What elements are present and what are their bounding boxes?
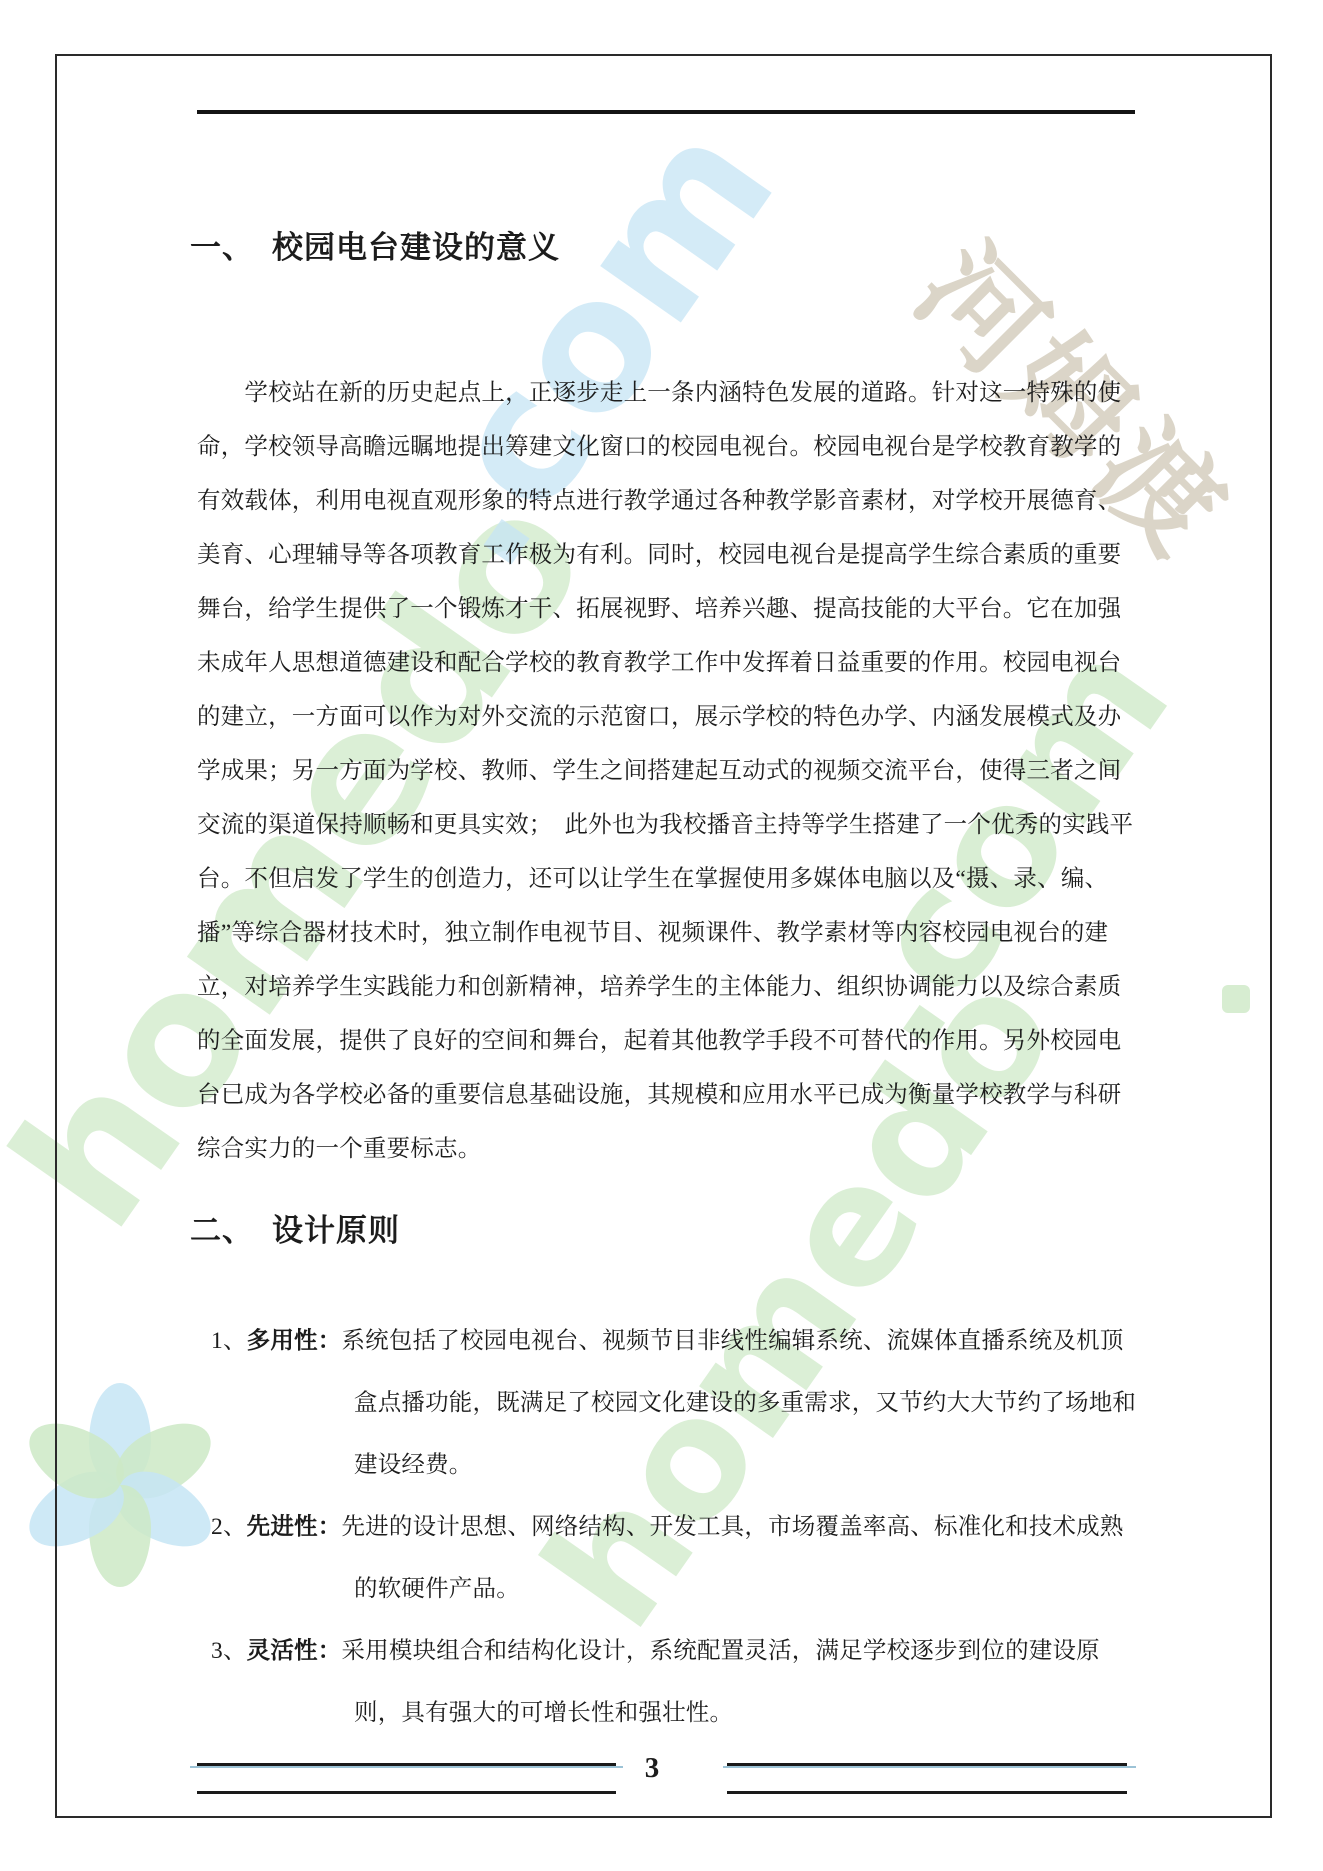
footer-line-right-accent — [723, 1766, 1136, 1768]
paragraph-line: 综合实力的一个重要标志。 — [197, 1122, 1133, 1176]
design-principles-list: 1、多用性：系统包括了校园电视台、视频节目非线性编辑系统、流媒体直播系统及机顶 … — [197, 1310, 1133, 1744]
paragraph-line: 有效载体，利用电视直观形象的特点进行教学通过各种教学影音素材，对学校开展德育、 — [197, 474, 1133, 528]
section2-number: 二、 — [190, 1213, 254, 1248]
list-item-2-text: 先进的设计思想、网络结构、开发工具，市场覆盖率高、标准化和技术成熟 — [341, 1514, 1123, 1540]
list-item-3-line-1: 3、灵活性：采用模块组合和结构化设计，系统配置灵活，满足学校逐步到位的建设原 — [197, 1620, 1133, 1682]
paragraph-line: 的建立，一方面可以作为对外交流的示范窗口，展示学校的特色办学、内涵发展模式及办 — [197, 690, 1133, 744]
section1-heading: 一、校园电台建设的意义 — [190, 222, 560, 267]
list-item-3-term: 灵活性： — [247, 1638, 342, 1664]
list-item-1-line-1: 1、多用性：系统包括了校园电视台、视频节目非线性编辑系统、流媒体直播系统及机顶 — [197, 1310, 1133, 1372]
paragraph-line: 台。不但启发了学生的创造力，还可以让学生在掌握使用多媒体电脑以及“摄、录、编、 — [197, 852, 1133, 906]
footer-line-left-accent — [190, 1766, 623, 1768]
list-item-2-term: 先进性： — [247, 1514, 342, 1540]
section1-title: 校园电台建设的意义 — [272, 230, 560, 265]
footer-line-right-bottom — [727, 1791, 1127, 1794]
page-number: 3 — [620, 1752, 684, 1785]
paragraph-line: 的全面发展，提供了良好的空间和舞台，起着其他教学手段不可替代的作用。另外校园电 — [197, 1014, 1133, 1068]
paragraph-line: 交流的渠道保持顺畅和更具实效； 此外也为我校播音主持等学生搭建了一个优秀的实践平 — [197, 798, 1133, 852]
list-item-1-line-3: 建设经费。 — [197, 1434, 1133, 1496]
flower-petal — [89, 1485, 151, 1587]
list-item-1-term: 多用性： — [247, 1328, 342, 1354]
paragraph-line: 未成年人思想道德建设和配合学校的教育教学工作中发挥着日益重要的作用。校园电视台 — [197, 636, 1133, 690]
paragraph-line: 美育、心理辅导等各项教育工作极为有利。同时，校园电视台是提高学生综合素质的重要 — [197, 528, 1133, 582]
list-item-3-line-2: 则，具有强大的可增长性和强壮性。 — [197, 1682, 1133, 1744]
list-item-1-text: 系统包括了校园电视台、视频节目非线性编辑系统、流媒体直播系统及机顶 — [341, 1328, 1123, 1354]
footer-line-left-bottom — [197, 1791, 616, 1794]
list-item-1-line-2: 盒点播功能，既满足了校园文化建设的多重需求，又节约大大节约了场地和 — [197, 1372, 1133, 1434]
green-deco-dot — [1222, 985, 1250, 1013]
document-page: homedo .com homedo .com 河姆渡 一、校园电台建设的意义 … — [0, 0, 1323, 1871]
section1-number: 一、 — [190, 230, 254, 265]
list-item-2-number: 2、 — [211, 1514, 247, 1540]
paragraph-line: 舞台，给学生提供了一个锻炼才干、拓展视野、培养兴趣、提高技能的大平台。它在加强 — [197, 582, 1133, 636]
paragraph-line: 台已成为各学校必备的重要信息基础设施，其规模和应用水平已成为衡量学校教学与科研 — [197, 1068, 1133, 1122]
section2-heading: 二、设计原则 — [190, 1205, 400, 1250]
header-rule — [197, 110, 1135, 114]
paragraph-line: 播”等综合器材技术时，独立制作电视节目、视频课件、教学素材等内容校园电视台的建 — [197, 906, 1133, 960]
paragraph-line: 命，学校领导高瞻远瞩地提出筹建文化窗口的校园电视台。校园电视台是学校教育教学的 — [197, 420, 1133, 474]
flower-petal — [16, 1407, 135, 1512]
paragraph-line: 立，对培养学生实践能力和创新精神，培养学生的主体能力、组织协调能力以及综合素质 — [197, 960, 1133, 1014]
section2-title: 设计原则 — [272, 1213, 400, 1248]
paragraph-line: 学成果；另一方面为学校、教师、学生之间搭建起互动式的视频交流平台，使得三者之间 — [197, 744, 1133, 798]
list-item-1-number: 1、 — [211, 1328, 247, 1354]
section1-paragraph: 学校站在新的历史起点上，正逐步走上一条内涵特色发展的道路。针对这一特殊的使 命，… — [197, 366, 1133, 1176]
flower-petal — [16, 1458, 135, 1563]
list-item-3-text: 采用模块组合和结构化设计，系统配置灵活，满足学校逐步到位的建设原 — [341, 1638, 1099, 1664]
list-item-3-number: 3、 — [211, 1638, 247, 1664]
paragraph-line: 学校站在新的历史起点上，正逐步走上一条内涵特色发展的道路。针对这一特殊的使 — [197, 366, 1133, 420]
list-item-2-line-2: 的软硬件产品。 — [197, 1558, 1133, 1620]
flower-petal — [89, 1383, 151, 1485]
list-item-2-line-1: 2、先进性：先进的设计思想、网络结构、开发工具，市场覆盖率高、标准化和技术成熟 — [197, 1496, 1133, 1558]
